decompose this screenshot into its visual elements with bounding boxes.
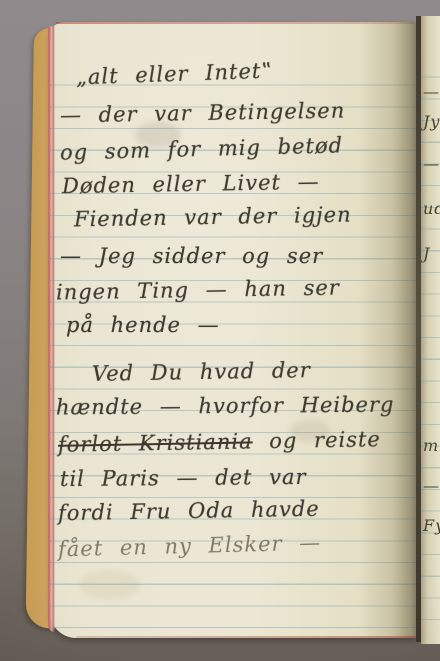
margin-fragment: ud xyxy=(423,199,440,218)
handwriting-line: — Jeg sidder og ser xyxy=(60,246,323,267)
gutter-shadow xyxy=(358,22,418,638)
margin-fragment: J xyxy=(423,244,430,263)
paper-stain xyxy=(80,570,140,600)
margin-fragment: — xyxy=(423,82,440,101)
margin-fragment: Jy xyxy=(423,112,440,131)
struck-text: forlot Kristiania xyxy=(58,429,253,456)
notebook-page: „alt eller Intet‟ — der var Betingelsen … xyxy=(50,22,418,638)
handwriting-line: hændte — hvorfor Heiberg xyxy=(56,395,395,419)
margin-fragment: Fy xyxy=(423,516,440,535)
handwriting-line: forlot Kristiania og reiste xyxy=(58,429,381,456)
margin-fragment: ml xyxy=(423,436,440,455)
handwriting-line: Fienden var der igjen xyxy=(74,205,352,231)
notebook-photo: „alt eller Intet‟ — der var Betingelsen … xyxy=(0,0,440,661)
handwriting-line: fordi Fru Oda havde xyxy=(58,499,320,525)
handwriting-line: Ved Du hvad der xyxy=(92,360,311,385)
handwriting-line: Døden eller Livet — xyxy=(62,172,320,197)
facing-page-sliver: — Jy — ud J ml — Fy xyxy=(421,16,440,644)
handwriting-text: og reiste xyxy=(252,427,381,453)
handwriting-line: „alt eller Intet‟ xyxy=(76,61,274,89)
margin-fragment: — xyxy=(423,154,440,173)
margin-fragment: — xyxy=(423,476,440,495)
handwriting-line: og som for mig betød xyxy=(60,135,343,163)
handwriting-line: på hende — xyxy=(66,315,220,336)
handwriting-line: ingen Ting — han ser xyxy=(56,278,340,304)
facing-ruled-lines xyxy=(421,56,440,640)
red-edge-line xyxy=(48,26,55,632)
handwriting-line: — der var Betingelsen xyxy=(60,101,346,127)
handwriting-line: fået en ny Elsker — xyxy=(58,533,322,561)
handwriting-line: til Paris — det var xyxy=(60,467,307,490)
